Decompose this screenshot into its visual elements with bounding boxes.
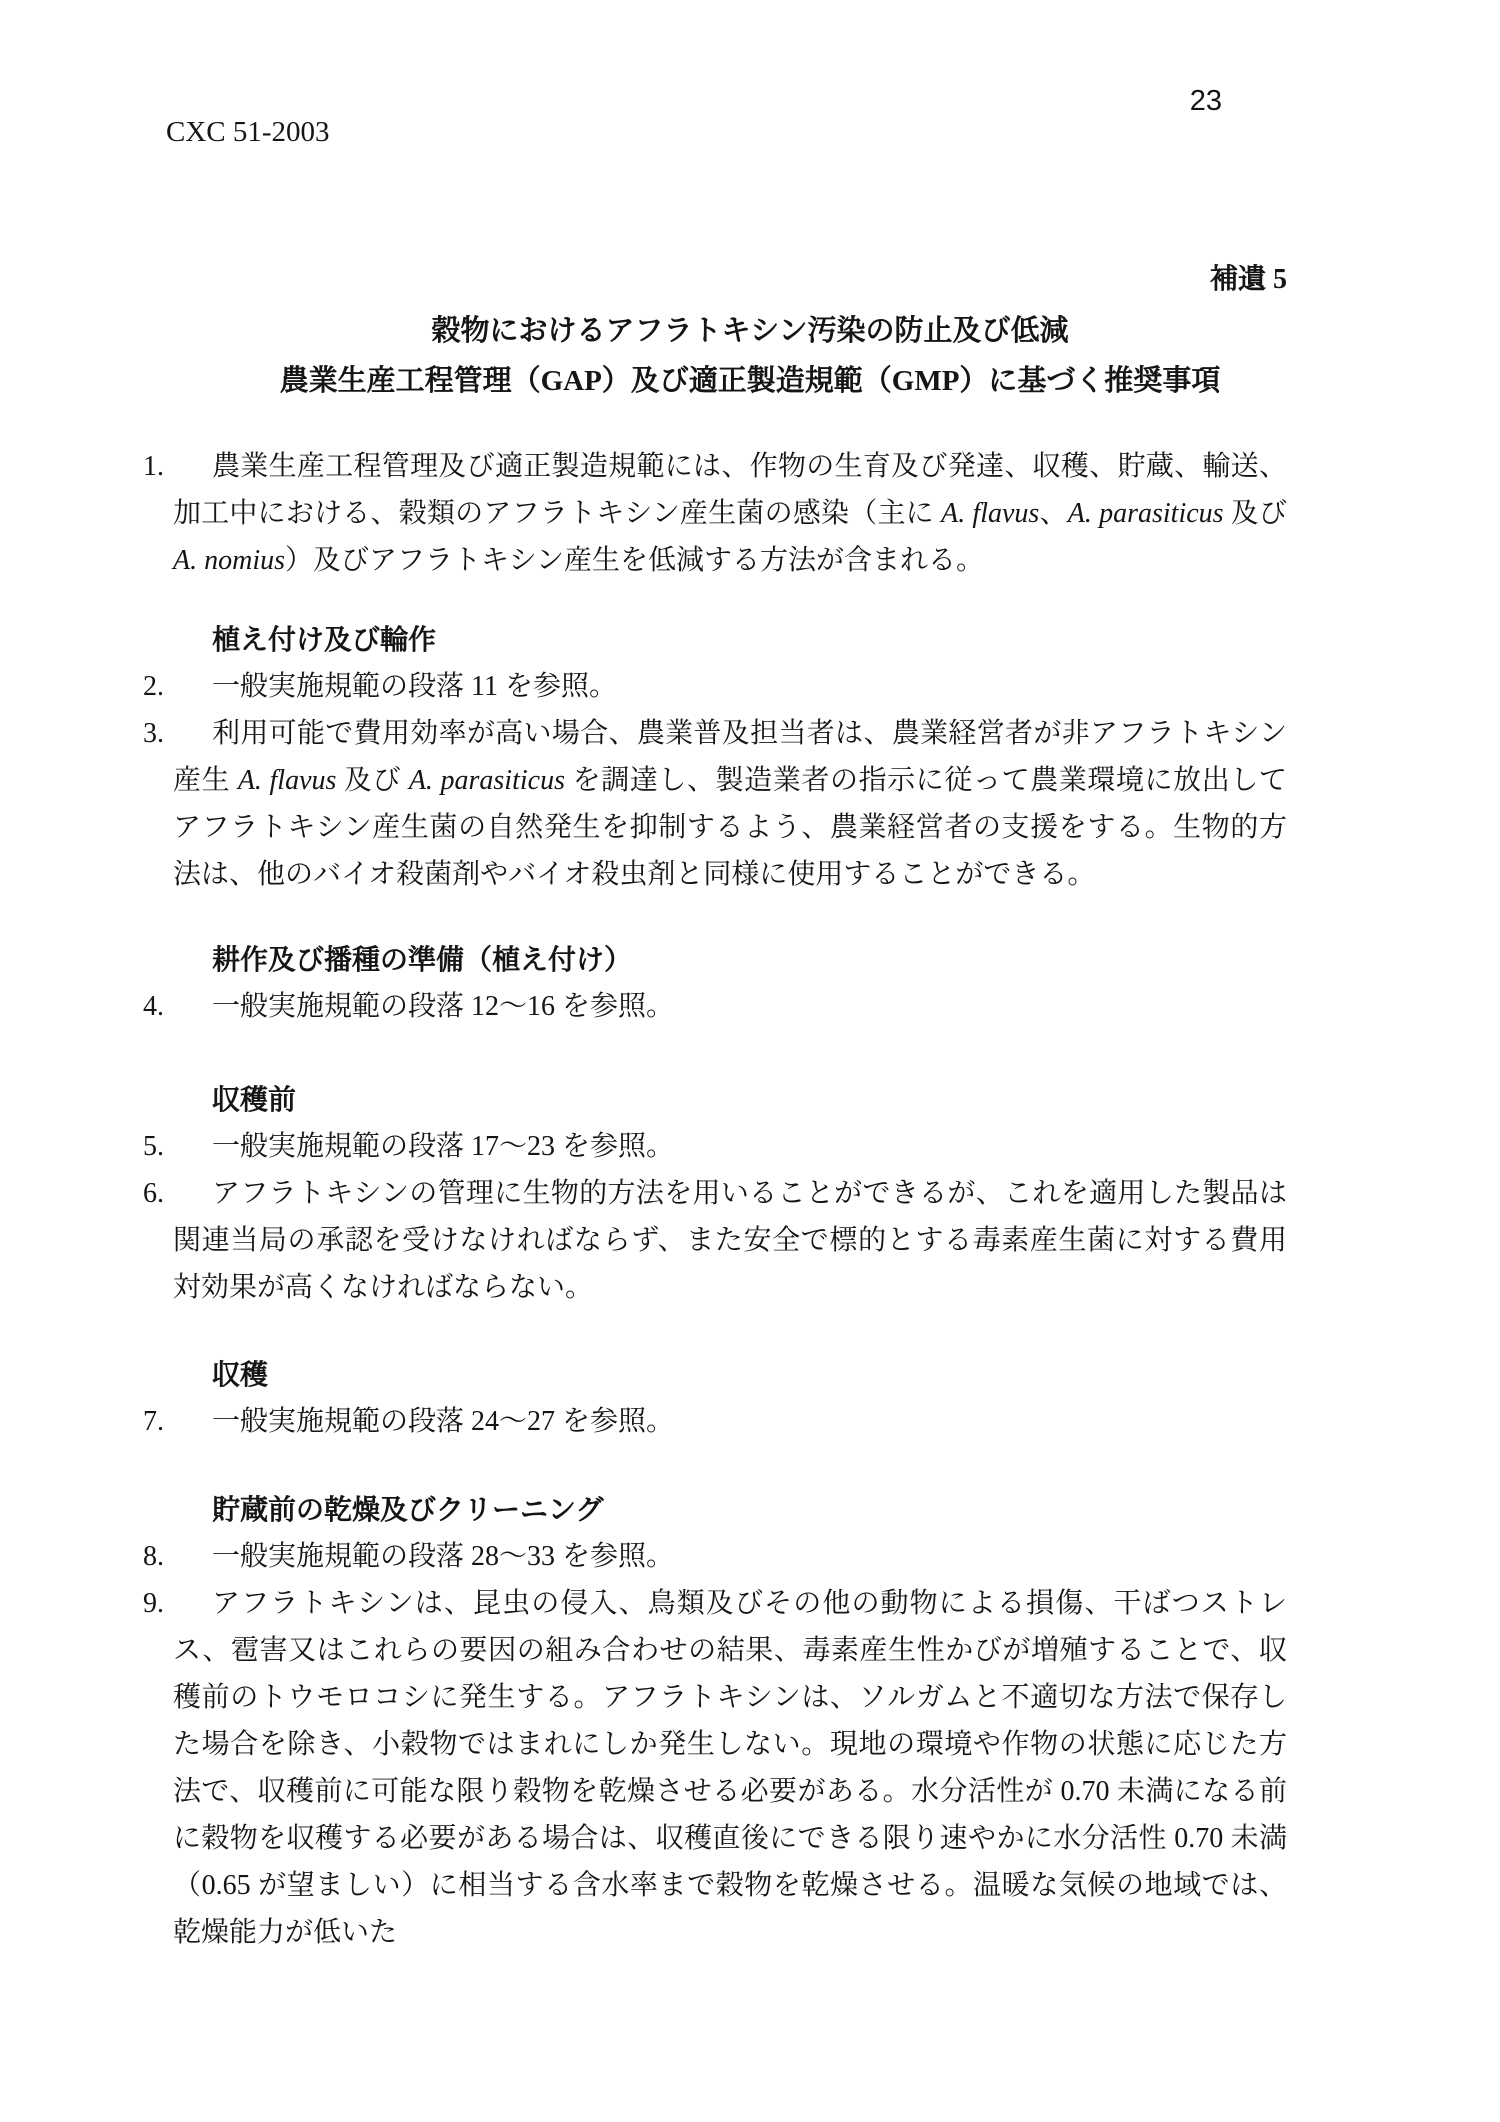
- page-number: 23: [1190, 86, 1222, 116]
- item-text: 一般実施規範の段落 24～27 を参照。: [173, 1398, 1287, 1445]
- list-item-5: 5. 一般実施規範の段落 17～23 を参照。: [173, 1123, 1287, 1170]
- text-run: 、: [1039, 498, 1067, 529]
- item-text: 一般実施規範の段落 11 を参照。: [173, 663, 1287, 710]
- list-item-1: 1. 農業生産工程管理及び適正製造規範には、作物の生育及び発達、収穫、貯蔵、輸送…: [173, 443, 1287, 584]
- item-number: 6.: [143, 1170, 164, 1217]
- item-number: 3.: [143, 710, 164, 757]
- list-item-7: 7. 一般実施規範の段落 24～27 を参照。: [173, 1398, 1287, 1445]
- title-line-1: 穀物におけるアフラトキシン汚染の防止及び低減: [0, 308, 1500, 355]
- item-text: 一般実施規範の段落 12～16 を参照。: [173, 983, 1287, 1030]
- item-number: 8.: [143, 1533, 164, 1580]
- item-text: アフラトキシンの管理に生物的方法を用いることができるが、これを適用した製品は関連…: [173, 1170, 1287, 1311]
- item-text: 一般実施規範の段落 28～33 を参照。: [173, 1533, 1287, 1580]
- section-heading-harvest: 収穫: [212, 1351, 1287, 1398]
- doc-code: CXC 51-2003: [166, 116, 330, 148]
- document-page: 23 CXC 51-2003 補遺 5 穀物におけるアフラトキシン汚染の防止及び…: [0, 0, 1500, 2122]
- item-number: 9.: [143, 1580, 164, 1627]
- item-number: 4.: [143, 983, 164, 1030]
- species-name: A. flavus: [941, 498, 1039, 529]
- list-item-8: 8. 一般実施規範の段落 28～33 を参照。: [173, 1533, 1287, 1580]
- species-name: A. parasiticus: [409, 765, 565, 796]
- list-item-9: 9. アフラトキシンは、昆虫の侵入、鳥類及びその他の動物による損傷、干ばつストレ…: [173, 1580, 1287, 1956]
- list-item-3: 3. 利用可能で費用効率が高い場合、農業普及担当者は、農業経営者が非アフラトキシ…: [173, 710, 1287, 898]
- item-text: アフラトキシンは、昆虫の侵入、鳥類及びその他の動物による損傷、干ばつストレス、雹…: [173, 1580, 1287, 1956]
- item-number: 5.: [143, 1123, 164, 1170]
- title-line-2: 農業生産工程管理（GAP）及び適正製造規範（GMP）に基づく推奨事項: [0, 358, 1500, 405]
- section-heading-preharvest: 収穫前: [212, 1076, 1287, 1123]
- text-run: 及び: [1224, 498, 1287, 529]
- species-name: A. nomius: [173, 545, 285, 576]
- item-number: 1.: [143, 443, 164, 490]
- item-text: 利用可能で費用効率が高い場合、農業普及担当者は、農業経営者が非アフラトキシン産生…: [173, 710, 1287, 898]
- item-number: 2.: [143, 663, 164, 710]
- section-heading-drying-cleaning: 貯蔵前の乾燥及びクリーニング: [212, 1486, 1287, 1533]
- list-item-2: 2. 一般実施規範の段落 11 を参照。: [173, 663, 1287, 710]
- supplement-label: 補遺 5: [0, 256, 1287, 303]
- text-run: 及び: [336, 765, 408, 796]
- section-heading-tillage-seed-prep: 耕作及び播種の準備（植え付け）: [212, 936, 1287, 983]
- text-run: ）及びアフラトキシン産生を低減する方法が含まれる。: [285, 545, 984, 576]
- item-text: 一般実施規範の段落 17～23 を参照。: [173, 1123, 1287, 1170]
- species-name: A. flavus: [238, 765, 337, 796]
- list-item-4: 4. 一般実施規範の段落 12～16 を参照。: [173, 983, 1287, 1030]
- item-number: 7.: [143, 1398, 164, 1445]
- section-heading-planting-rotation: 植え付け及び輪作: [212, 616, 1287, 663]
- species-name: A. parasiticus: [1068, 498, 1224, 529]
- list-item-6: 6. アフラトキシンの管理に生物的方法を用いることができるが、これを適用した製品…: [173, 1170, 1287, 1311]
- item-text: 農業生産工程管理及び適正製造規範には、作物の生育及び発達、収穫、貯蔵、輸送、加工…: [173, 443, 1287, 584]
